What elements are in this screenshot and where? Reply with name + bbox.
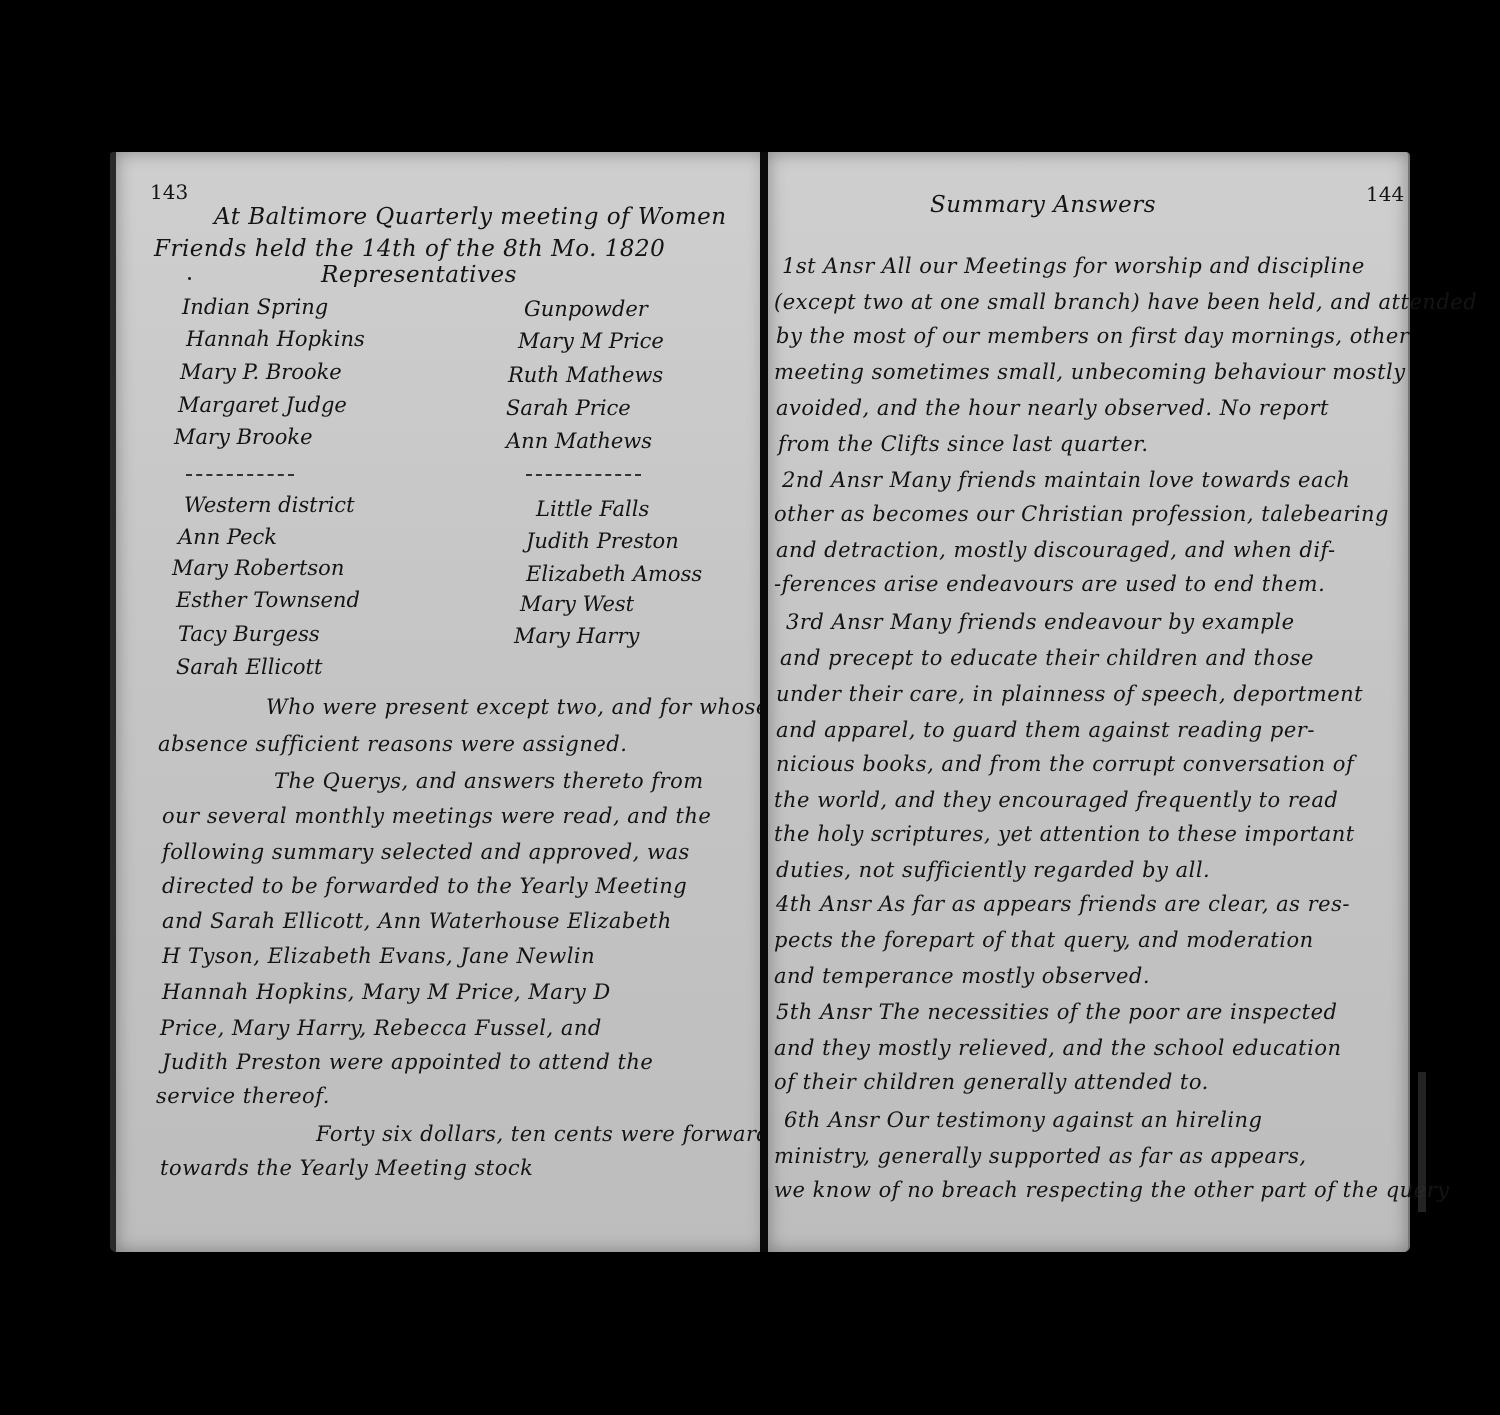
- separator-dash-right: [526, 474, 641, 476]
- page-number-left: 143: [150, 180, 188, 204]
- answer-text-line: other as becomes our Christian professio…: [774, 502, 1389, 526]
- ink-dot: [188, 277, 191, 280]
- summary-answers-title: Summary Answers: [930, 192, 1156, 218]
- answer-text-line: duties, not sufficiently regarded by all…: [776, 858, 1210, 882]
- answer-text-line: 3rd Ansr Many friends endeavour by examp…: [786, 610, 1295, 634]
- representative-name: Ann Peck: [178, 525, 277, 549]
- group-place-indian-spring: Indian Spring: [182, 295, 328, 319]
- group-place-western-district: Western district: [184, 493, 355, 517]
- answer-text-line: and they mostly relieved, and the school…: [774, 1036, 1342, 1060]
- minute-text-line: following summary selected and approved,…: [162, 840, 690, 864]
- representative-name: Sarah Ellicott: [176, 655, 322, 679]
- representative-name: Esther Townsend: [176, 588, 360, 612]
- representative-name: Mary P. Brooke: [180, 360, 342, 384]
- answer-text-line: and apparel, to guard them against readi…: [776, 718, 1315, 742]
- answer-text-line: -ferences arise endeavours are used to e…: [774, 572, 1325, 596]
- answer-text-line: ministry, generally supported as far as …: [774, 1144, 1307, 1168]
- representative-name: Ruth Mathews: [508, 363, 663, 387]
- representative-name: Elizabeth Amoss: [526, 562, 702, 586]
- minute-text-line: H Tyson, Elizabeth Evans, Jane Newlin: [162, 944, 595, 968]
- representative-name: Judith Preston: [526, 529, 679, 553]
- answer-text-line: and detraction, mostly discouraged, and …: [776, 538, 1336, 562]
- minute-text-line: Forty six dollars, ten cents were forwar…: [316, 1122, 797, 1146]
- representative-name: Mary M Price: [518, 329, 664, 353]
- separator-dash-left: [186, 474, 294, 476]
- page-edge-shadow: [1418, 1072, 1426, 1212]
- book-spine: [760, 152, 768, 1252]
- representative-name: Ann Mathews: [506, 429, 652, 453]
- minute-text-line: towards the Yearly Meeting stock: [160, 1156, 533, 1180]
- representative-name: Mary West: [520, 592, 634, 616]
- answer-text-line: the holy scriptures, yet attention to th…: [774, 822, 1355, 846]
- answer-text-line: the world, and they encouraged frequentl…: [774, 788, 1338, 812]
- group-place-gunpowder: Gunpowder: [524, 297, 648, 321]
- minute-text-line: absence sufficient reasons were assigned…: [158, 732, 627, 756]
- left-page: 143 At Baltimore Quarterly meeting of Wo…: [110, 152, 766, 1252]
- representative-name: Mary Harry: [514, 624, 639, 648]
- representatives-title: Representatives: [321, 262, 517, 288]
- answer-text-line: nicious books, and from the corrupt conv…: [776, 752, 1354, 776]
- minute-text-line: Hannah Hopkins, Mary M Price, Mary D: [162, 980, 611, 1004]
- answer-text-line: 6th Ansr Our testimony against an hireli…: [784, 1108, 1263, 1132]
- answer-text-line: 5th Ansr The necessities of the poor are…: [776, 1000, 1337, 1024]
- answer-text-line: avoided, and the hour nearly observed. N…: [776, 396, 1329, 420]
- meeting-heading-line-2: Friends held the 14th of the 8th Mo. 182…: [154, 236, 665, 262]
- answer-text-line: 2nd Ansr Many friends maintain love towa…: [782, 468, 1350, 492]
- minute-text-line: The Querys, and answers thereto from: [274, 769, 704, 793]
- minute-text-line: directed to be forwarded to the Yearly M…: [162, 874, 687, 898]
- page-number-right: 144: [1366, 182, 1404, 206]
- representative-name: Tacy Burgess: [178, 622, 320, 646]
- answer-text-line: 4th Ansr As far as appears friends are c…: [776, 892, 1350, 916]
- answer-text-line: and temperance mostly observed.: [774, 964, 1150, 988]
- answer-text-line: pects the forepart of that query, and mo…: [774, 928, 1314, 952]
- answer-text-line: 1st Ansr All our Meetings for worship an…: [782, 254, 1365, 278]
- representative-name: Mary Robertson: [172, 556, 344, 580]
- representative-name: Hannah Hopkins: [186, 327, 365, 351]
- answer-text-line: (except two at one small branch) have be…: [774, 290, 1477, 314]
- answer-text-line: under their care, in plainness of speech…: [776, 682, 1363, 706]
- answer-text-line: we know of no breach respecting the othe…: [774, 1178, 1450, 1202]
- group-place-little-falls: Little Falls: [536, 497, 649, 521]
- minute-text-line: our several monthly meetings were read, …: [162, 804, 711, 828]
- representative-name: Margaret Judge: [178, 393, 347, 417]
- meeting-heading-line-1: At Baltimore Quarterly meeting of Women: [214, 204, 727, 230]
- answer-text-line: meeting sometimes small, unbecoming beha…: [774, 360, 1406, 384]
- minute-text-line: Judith Preston were appointed to attend …: [162, 1050, 653, 1074]
- answer-text-line: from the Clifts since last quarter.: [778, 432, 1149, 456]
- representative-name: Mary Brooke: [174, 425, 313, 449]
- representative-name: Sarah Price: [506, 396, 631, 420]
- answer-text-line: and precept to educate their children an…: [780, 646, 1314, 670]
- answer-text-line: by the most of our members on first day …: [776, 324, 1409, 348]
- answer-text-line: of their children generally attended to.: [774, 1070, 1209, 1094]
- open-ledger-book: 143 At Baltimore Quarterly meeting of Wo…: [100, 152, 1455, 1260]
- minute-text-line: and Sarah Ellicott, Ann Waterhouse Eliza…: [162, 909, 672, 933]
- minute-text-line: service thereof.: [156, 1084, 330, 1108]
- minute-text-line: Who were present except two, and for who…: [266, 695, 769, 719]
- minute-text-line: Price, Mary Harry, Rebecca Fussel, and: [160, 1016, 602, 1040]
- right-page: Summary Answers 144 1st Ansr All our Mee…: [768, 152, 1410, 1252]
